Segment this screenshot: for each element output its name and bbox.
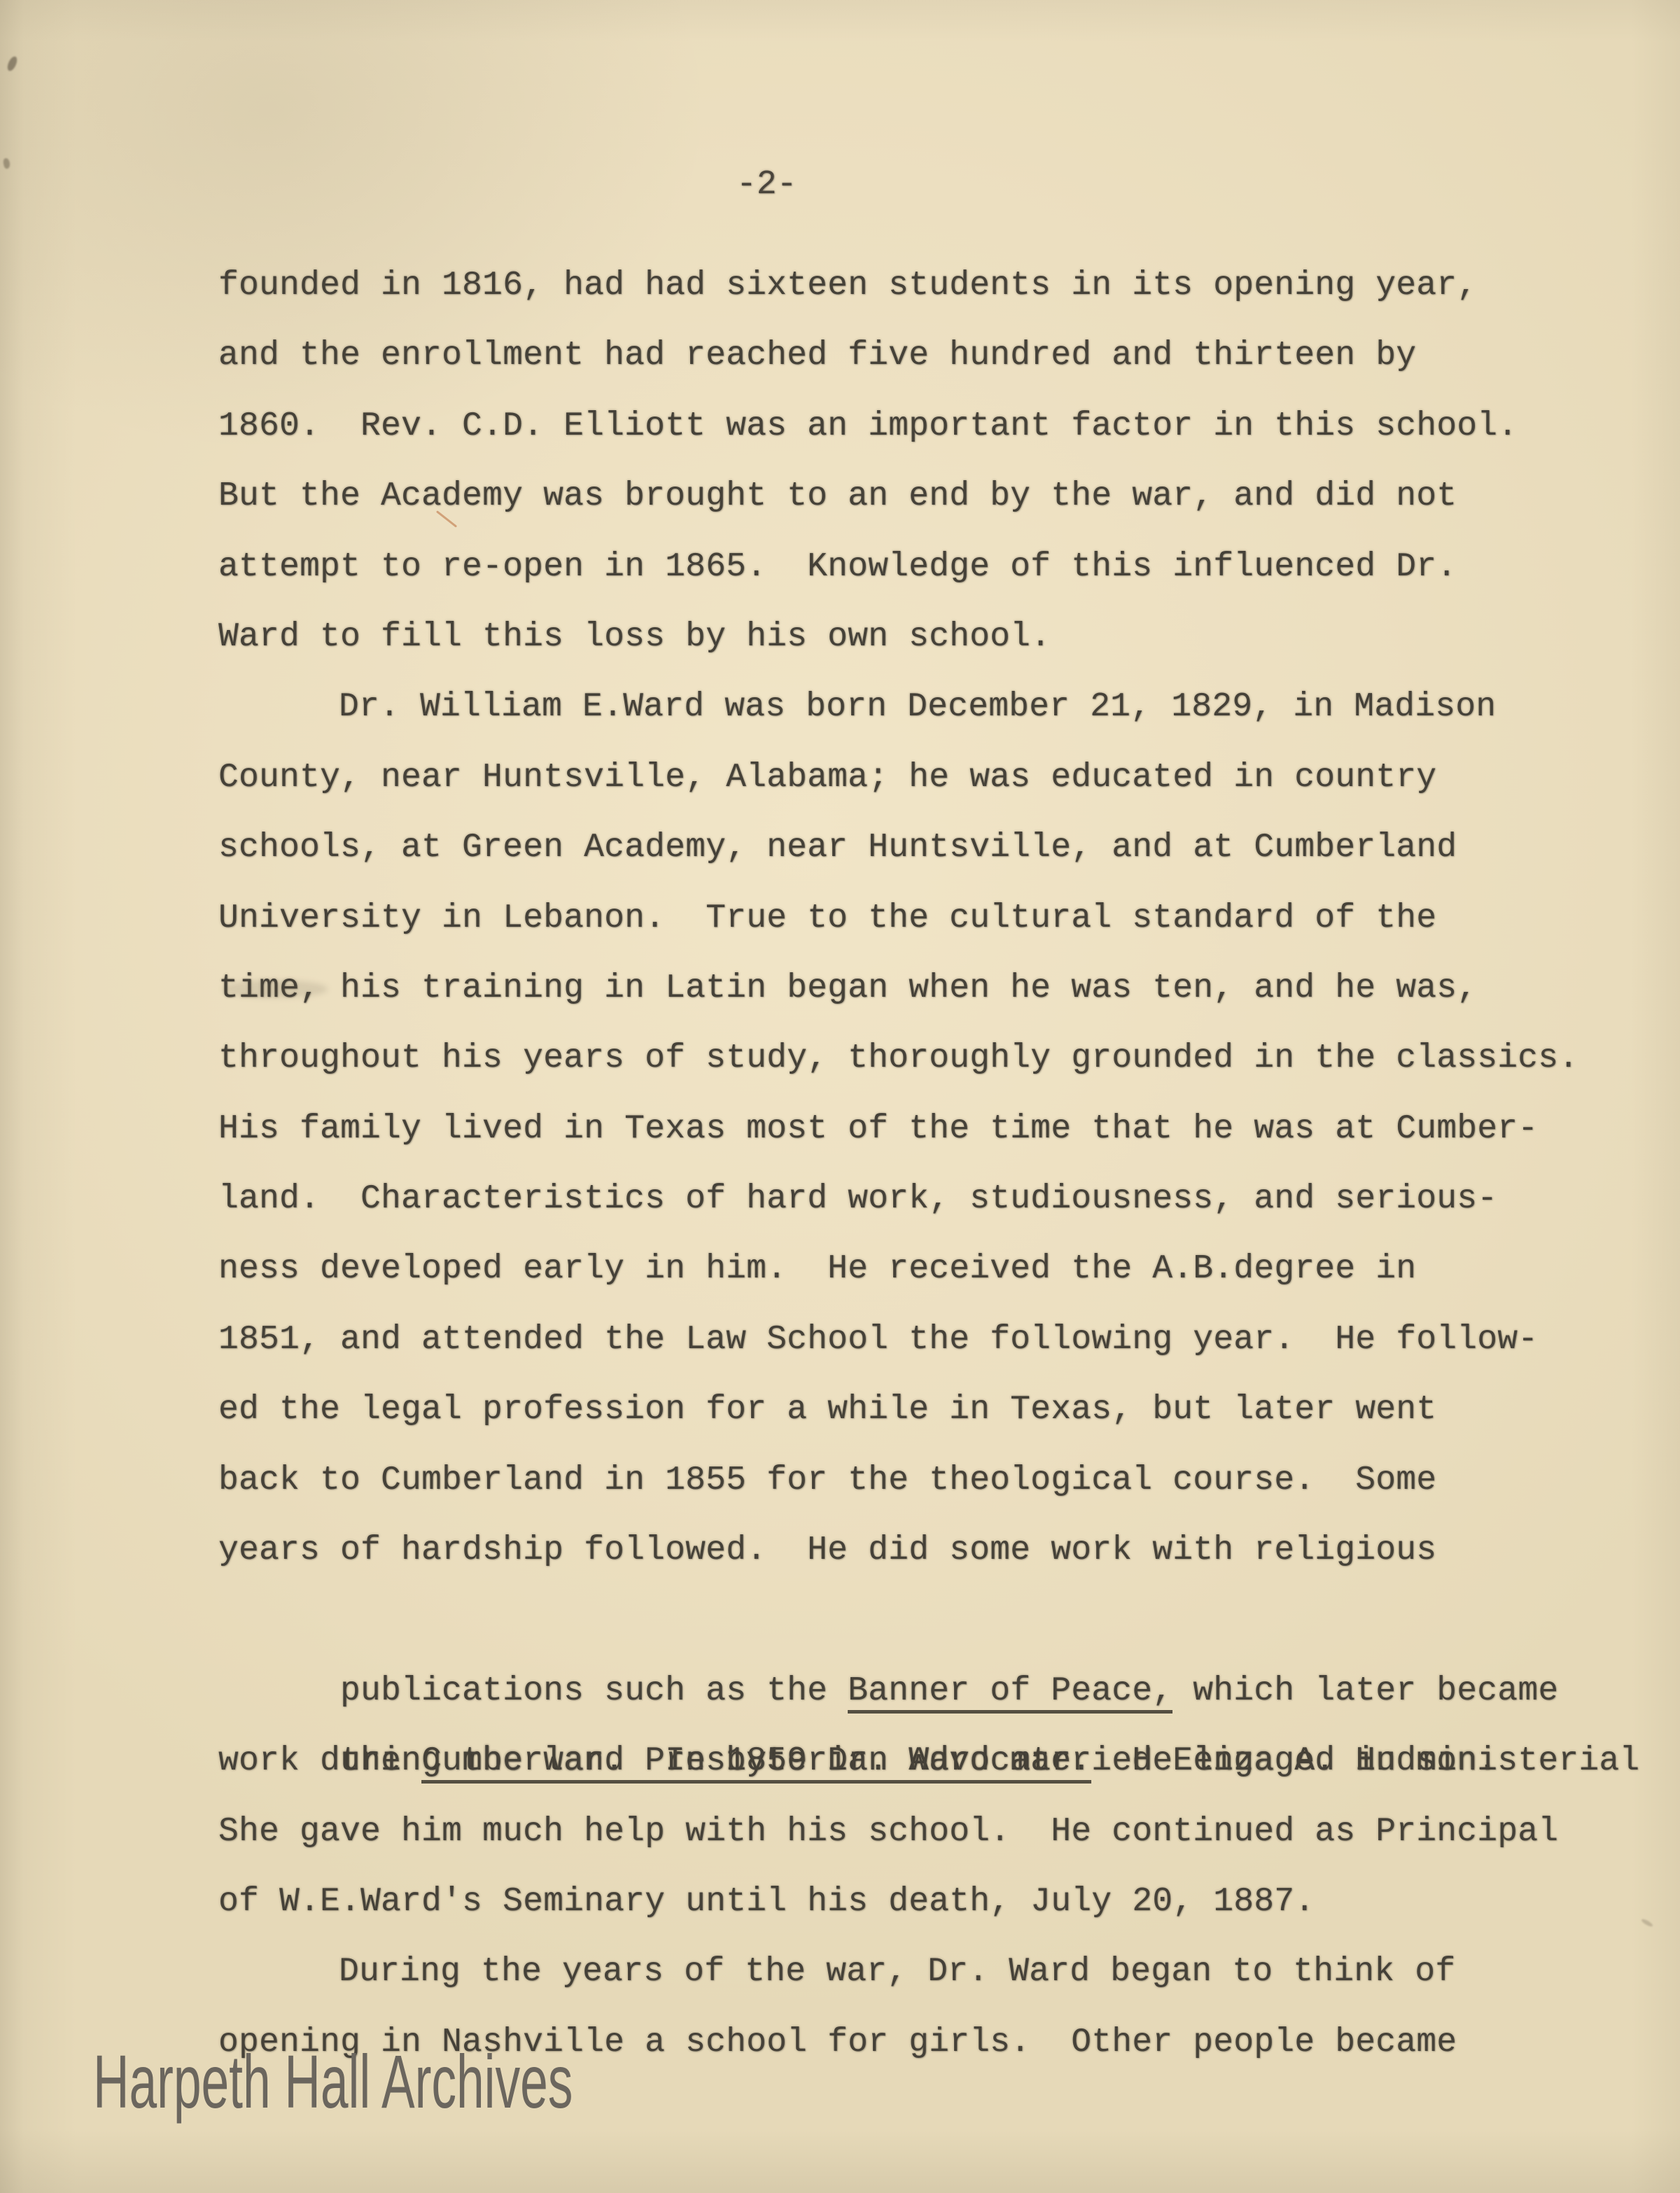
text-line: University in Lebanon. True to the cultu… (218, 883, 1611, 953)
text-segment: publications such as the (340, 1672, 848, 1710)
text-line: of W.E.Ward's Seminary until his death, … (218, 1867, 1611, 1937)
text-line: 1851, and attended the Law School the fo… (218, 1305, 1611, 1375)
text-line-paragraph-start: During the years of the war, Dr. Ward be… (218, 1937, 1611, 2007)
text-line: back to Cumberland in 1855 for the theol… (218, 1445, 1611, 1515)
underlined-title: Banner of Peace, (848, 1672, 1172, 1714)
text-line: publications such as the Banner of Peace… (218, 1585, 1611, 1655)
text-line: Ward to fill this loss by his own school… (218, 602, 1611, 672)
ink-smudge (223, 980, 328, 998)
ink-speck (1641, 1918, 1654, 1928)
text-line: ed the legal profession for a while in T… (218, 1375, 1611, 1445)
archive-watermark: Harpeth Hall Archives (93, 2044, 573, 2120)
text-line: 1860. Rev. C.D. Elliott was an important… (218, 391, 1611, 461)
text-line: and the enrollment had reached five hund… (218, 321, 1611, 391)
text-line: work during the war. In 1859 Dr. Ward ma… (218, 1726, 1611, 1796)
page-number: -2- (736, 150, 797, 220)
text-line: She gave him much help with his school. … (218, 1797, 1611, 1867)
scanned-typescript-page: -2- founded in 1816, had had sixteen stu… (0, 0, 1680, 2193)
ink-speck (3, 157, 11, 169)
text-line: schools, at Green Academy, near Huntsvil… (218, 813, 1611, 883)
text-line: founded in 1816, had had sixteen student… (218, 251, 1611, 321)
text-line: time, his training in Latin began when h… (218, 953, 1611, 1023)
text-line: His family lived in Texas most of the ti… (218, 1094, 1611, 1164)
text-line: attempt to re-open in 1865. Knowledge of… (218, 532, 1611, 602)
text-line: years of hardship followed. He did some … (218, 1515, 1611, 1585)
text-line: County, near Huntsville, Alabama; he was… (218, 743, 1611, 813)
typescript-body: founded in 1816, had had sixteen student… (218, 251, 1611, 2078)
text-line-paragraph-start: Dr. William E.Ward was born December 21,… (218, 672, 1611, 742)
text-line: land. Characteristics of hard work, stud… (218, 1164, 1611, 1234)
text-line: throughout his years of study, thoroughl… (218, 1023, 1611, 1093)
ink-speck (6, 55, 18, 72)
text-segment: which later became (1172, 1672, 1558, 1710)
text-line: But the Academy was brought to an end by… (218, 461, 1611, 531)
text-line: ness developed early in him. He received… (218, 1234, 1611, 1304)
